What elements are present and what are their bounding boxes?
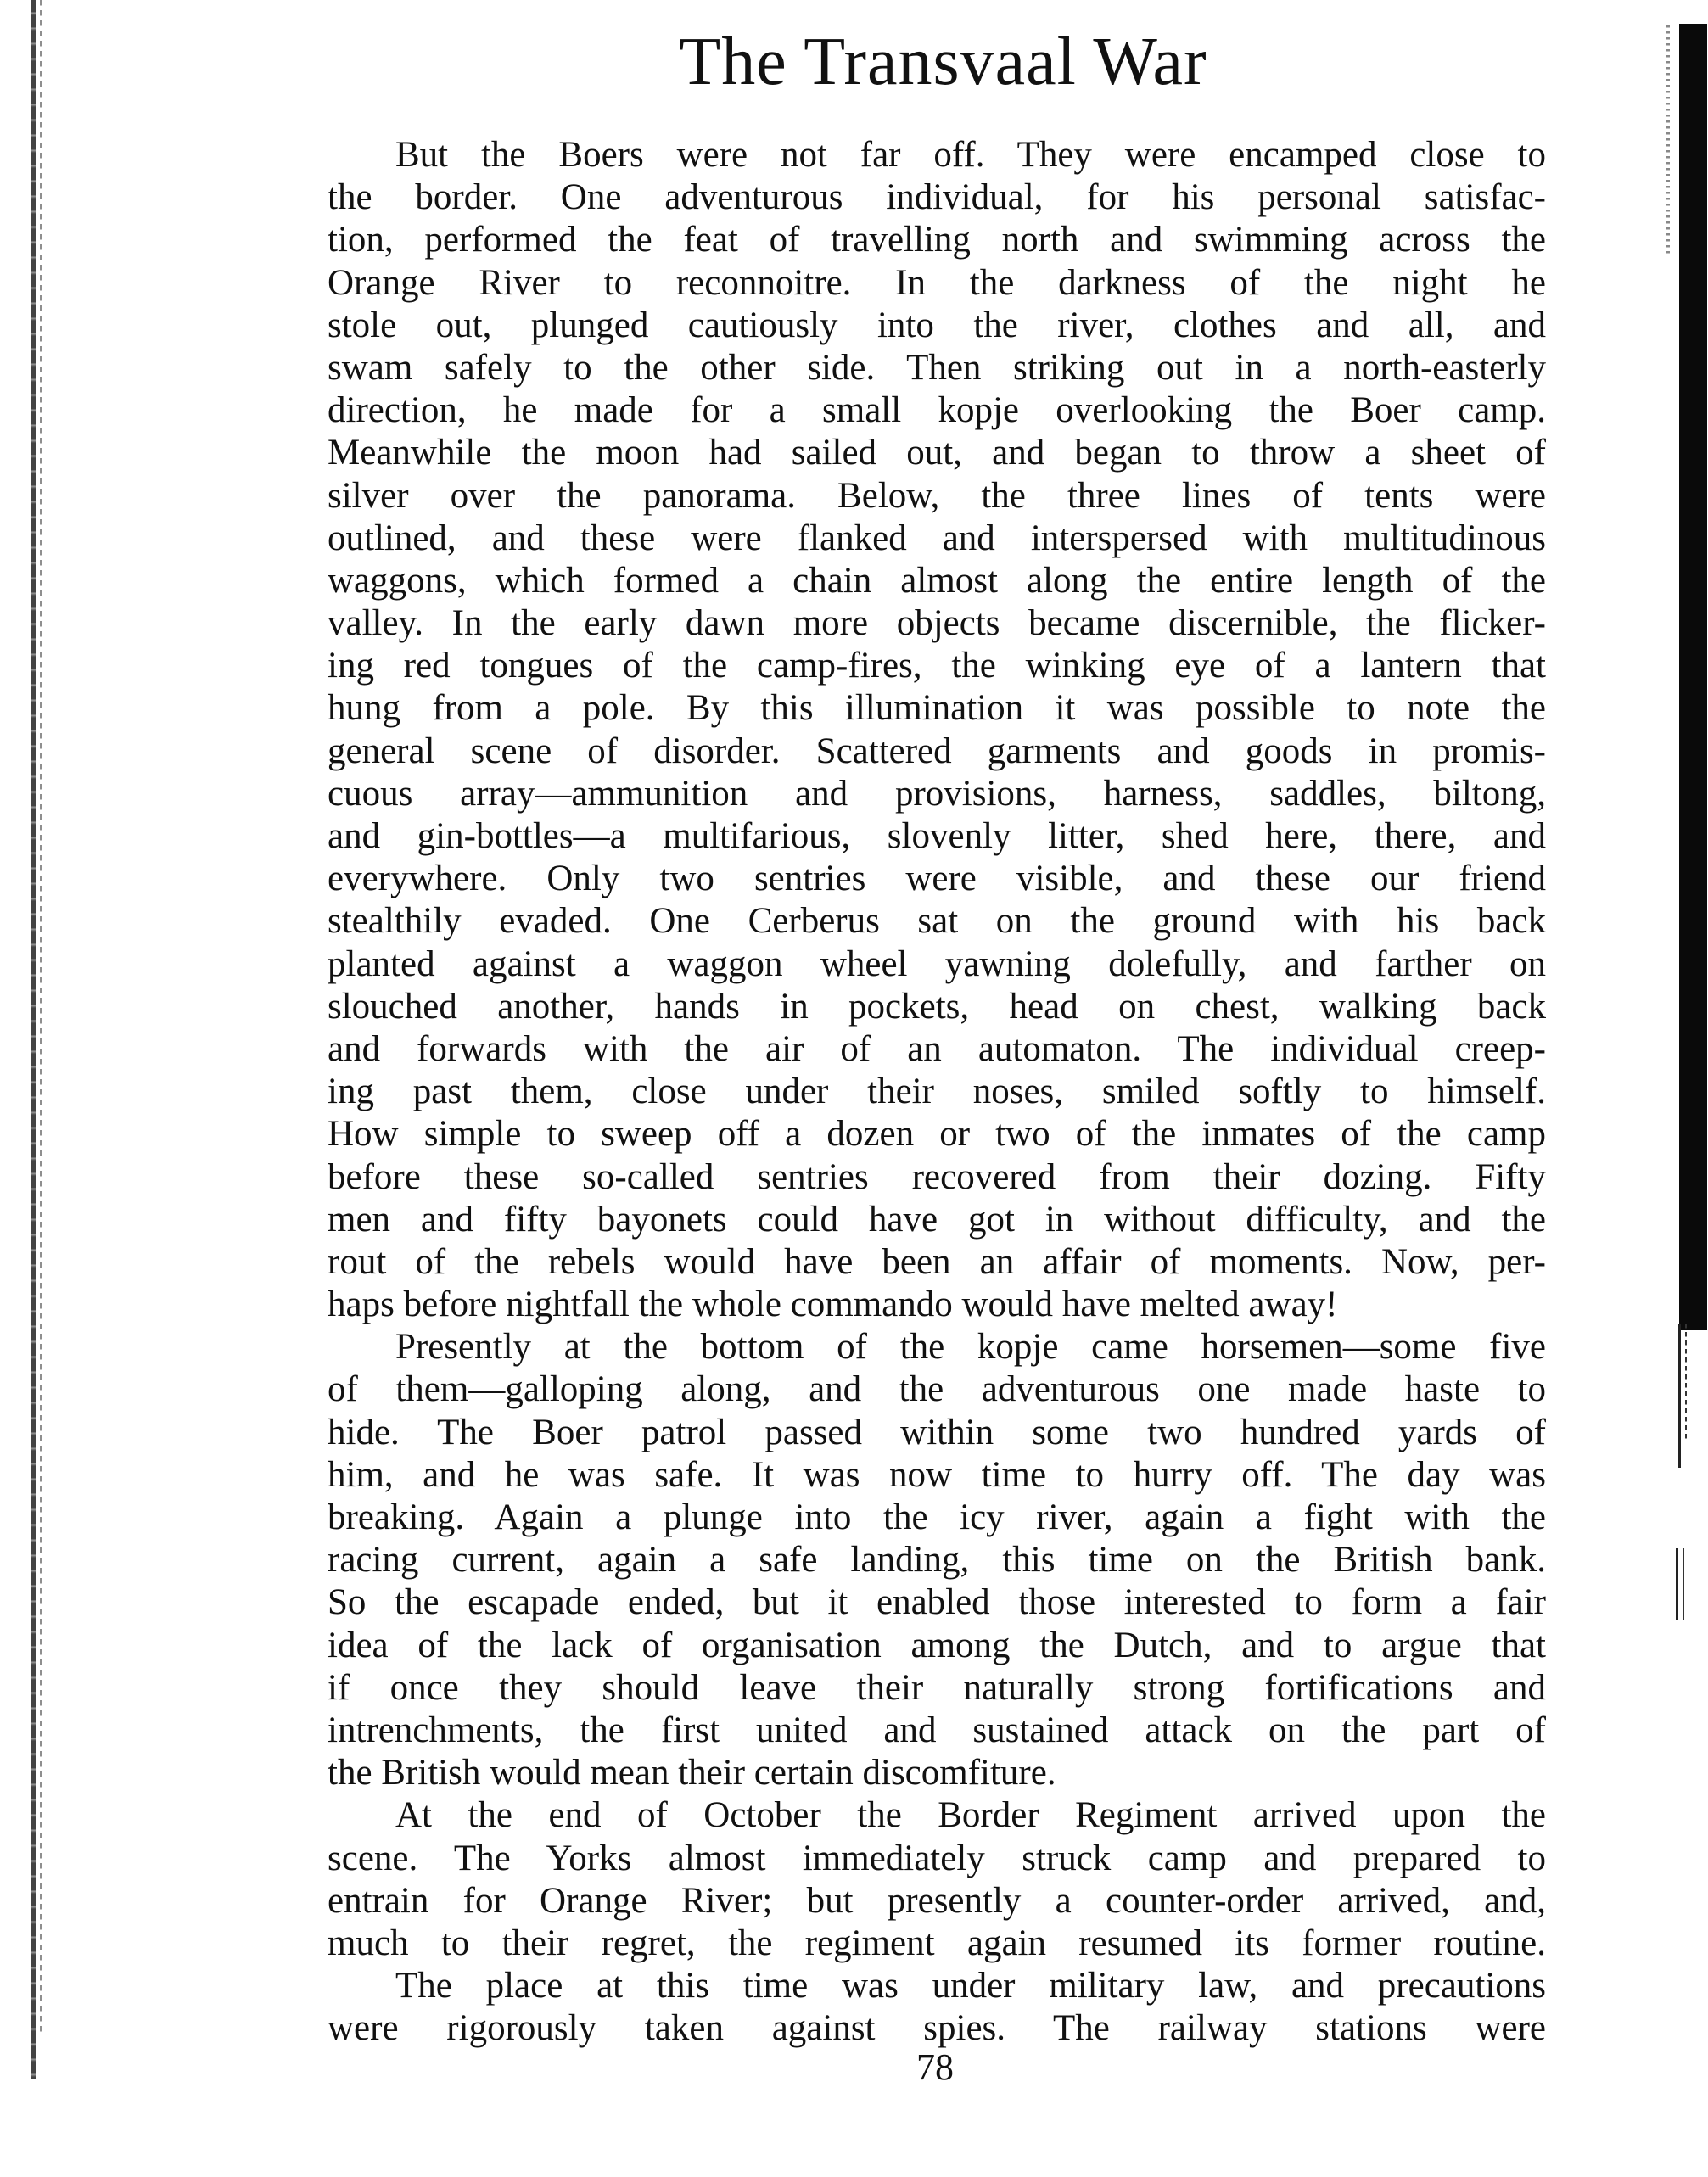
text-line: entrain for Orange River; but presently … — [328, 1880, 1546, 1922]
scan-edge-right-lower-marks — [1676, 1548, 1684, 1620]
page-number: 78 — [916, 2046, 954, 2089]
text-line: men and fifty bayonets could have got in… — [328, 1199, 1546, 1241]
scan-edge-left — [31, 0, 36, 2079]
text-line: haps before nightfall the whole commando… — [328, 1284, 1546, 1326]
text-line: much to their regret, the regiment again… — [328, 1922, 1546, 1965]
text-line: breaking. Again a plunge into the icy ri… — [328, 1497, 1546, 1539]
text-line: hung from a pole. By this illumination i… — [328, 687, 1546, 730]
running-head: The Transvaal War — [0, 24, 1708, 100]
text-line: the British would mean their certain dis… — [328, 1752, 1546, 1794]
text-line: everywhere. Only two sentries were visib… — [328, 858, 1546, 900]
text-line: stealthily evaded. One Cerberus sat on t… — [328, 900, 1546, 943]
text-line: But the Boers were not far off. They wer… — [328, 134, 1546, 176]
text-line: tion, performed the feat of travelling n… — [328, 219, 1546, 261]
text-line: silver over the panorama. Below, the thr… — [328, 475, 1546, 518]
text-line: scene. The Yorks almost immediately stru… — [328, 1838, 1546, 1880]
text-line: intrenchments, the first united and sust… — [328, 1710, 1546, 1752]
text-line: of them—galloping along, and the adventu… — [328, 1368, 1546, 1411]
text-line: outlined, and these were flanked and int… — [328, 518, 1546, 560]
scan-edge-left-shadow — [40, 0, 42, 2036]
text-line: cuous array—ammunition and provisions, h… — [328, 773, 1546, 815]
text-line: and gin-bottles—a multifarious, slovenly… — [328, 815, 1546, 858]
text-line: The place at this time was under militar… — [328, 1965, 1546, 2007]
text-line: How simple to sweep off a dozen or two o… — [328, 1113, 1546, 1156]
text-line: hide. The Boer patrol passed within some… — [328, 1412, 1546, 1454]
text-line: planted against a waggon wheel yawning d… — [328, 943, 1546, 986]
text-line: stole out, plunged cautiously into the r… — [328, 305, 1546, 347]
scan-edge-right-thin-line — [1678, 1324, 1681, 1468]
scan-edge-right-bar — [1679, 24, 1707, 1330]
text-line: were rigorously taken against spies. The… — [328, 2007, 1546, 2050]
text-line: general scene of disorder. Scattered gar… — [328, 730, 1546, 773]
text-line: valley. In the early dawn more objects b… — [328, 602, 1546, 645]
text-line: So the escapade ended, but it enabled th… — [328, 1581, 1546, 1624]
text-line: slouched another, hands in pockets, head… — [328, 986, 1546, 1028]
text-line: ing past them, close under their noses, … — [328, 1071, 1546, 1113]
text-line: Orange River to reconnoitre. In the dark… — [328, 262, 1546, 305]
text-line: and forwards with the air of an automato… — [328, 1028, 1546, 1071]
body-text: But the Boers were not far off. They wer… — [328, 134, 1546, 2050]
text-line: waggons, which formed a chain almost alo… — [328, 560, 1546, 602]
text-line: At the end of October the Border Regimen… — [328, 1794, 1546, 1837]
text-line: Presently at the bottom of the kopje cam… — [328, 1326, 1546, 1368]
text-line: ing red tongues of the camp-fires, the w… — [328, 645, 1546, 687]
text-line: the border. One adventurous individual, … — [328, 176, 1546, 219]
text-line: him, and he was safe. It was now time to… — [328, 1454, 1546, 1497]
text-line: if once they should leave their naturall… — [328, 1667, 1546, 1710]
text-line: Meanwhile the moon had sailed out, and b… — [328, 432, 1546, 474]
text-line: racing current, again a safe landing, th… — [328, 1539, 1546, 1581]
text-line: rout of the rebels would have been an af… — [328, 1241, 1546, 1284]
text-line: direction, he made for a small kopje ove… — [328, 389, 1546, 432]
text-line: idea of the lack of organisation among t… — [328, 1625, 1546, 1667]
text-line: swam safely to the other side. Then stri… — [328, 347, 1546, 389]
text-line: before these so-called sentries recovere… — [328, 1156, 1546, 1199]
scan-edge-right-thin-line-2 — [1685, 1324, 1687, 1442]
